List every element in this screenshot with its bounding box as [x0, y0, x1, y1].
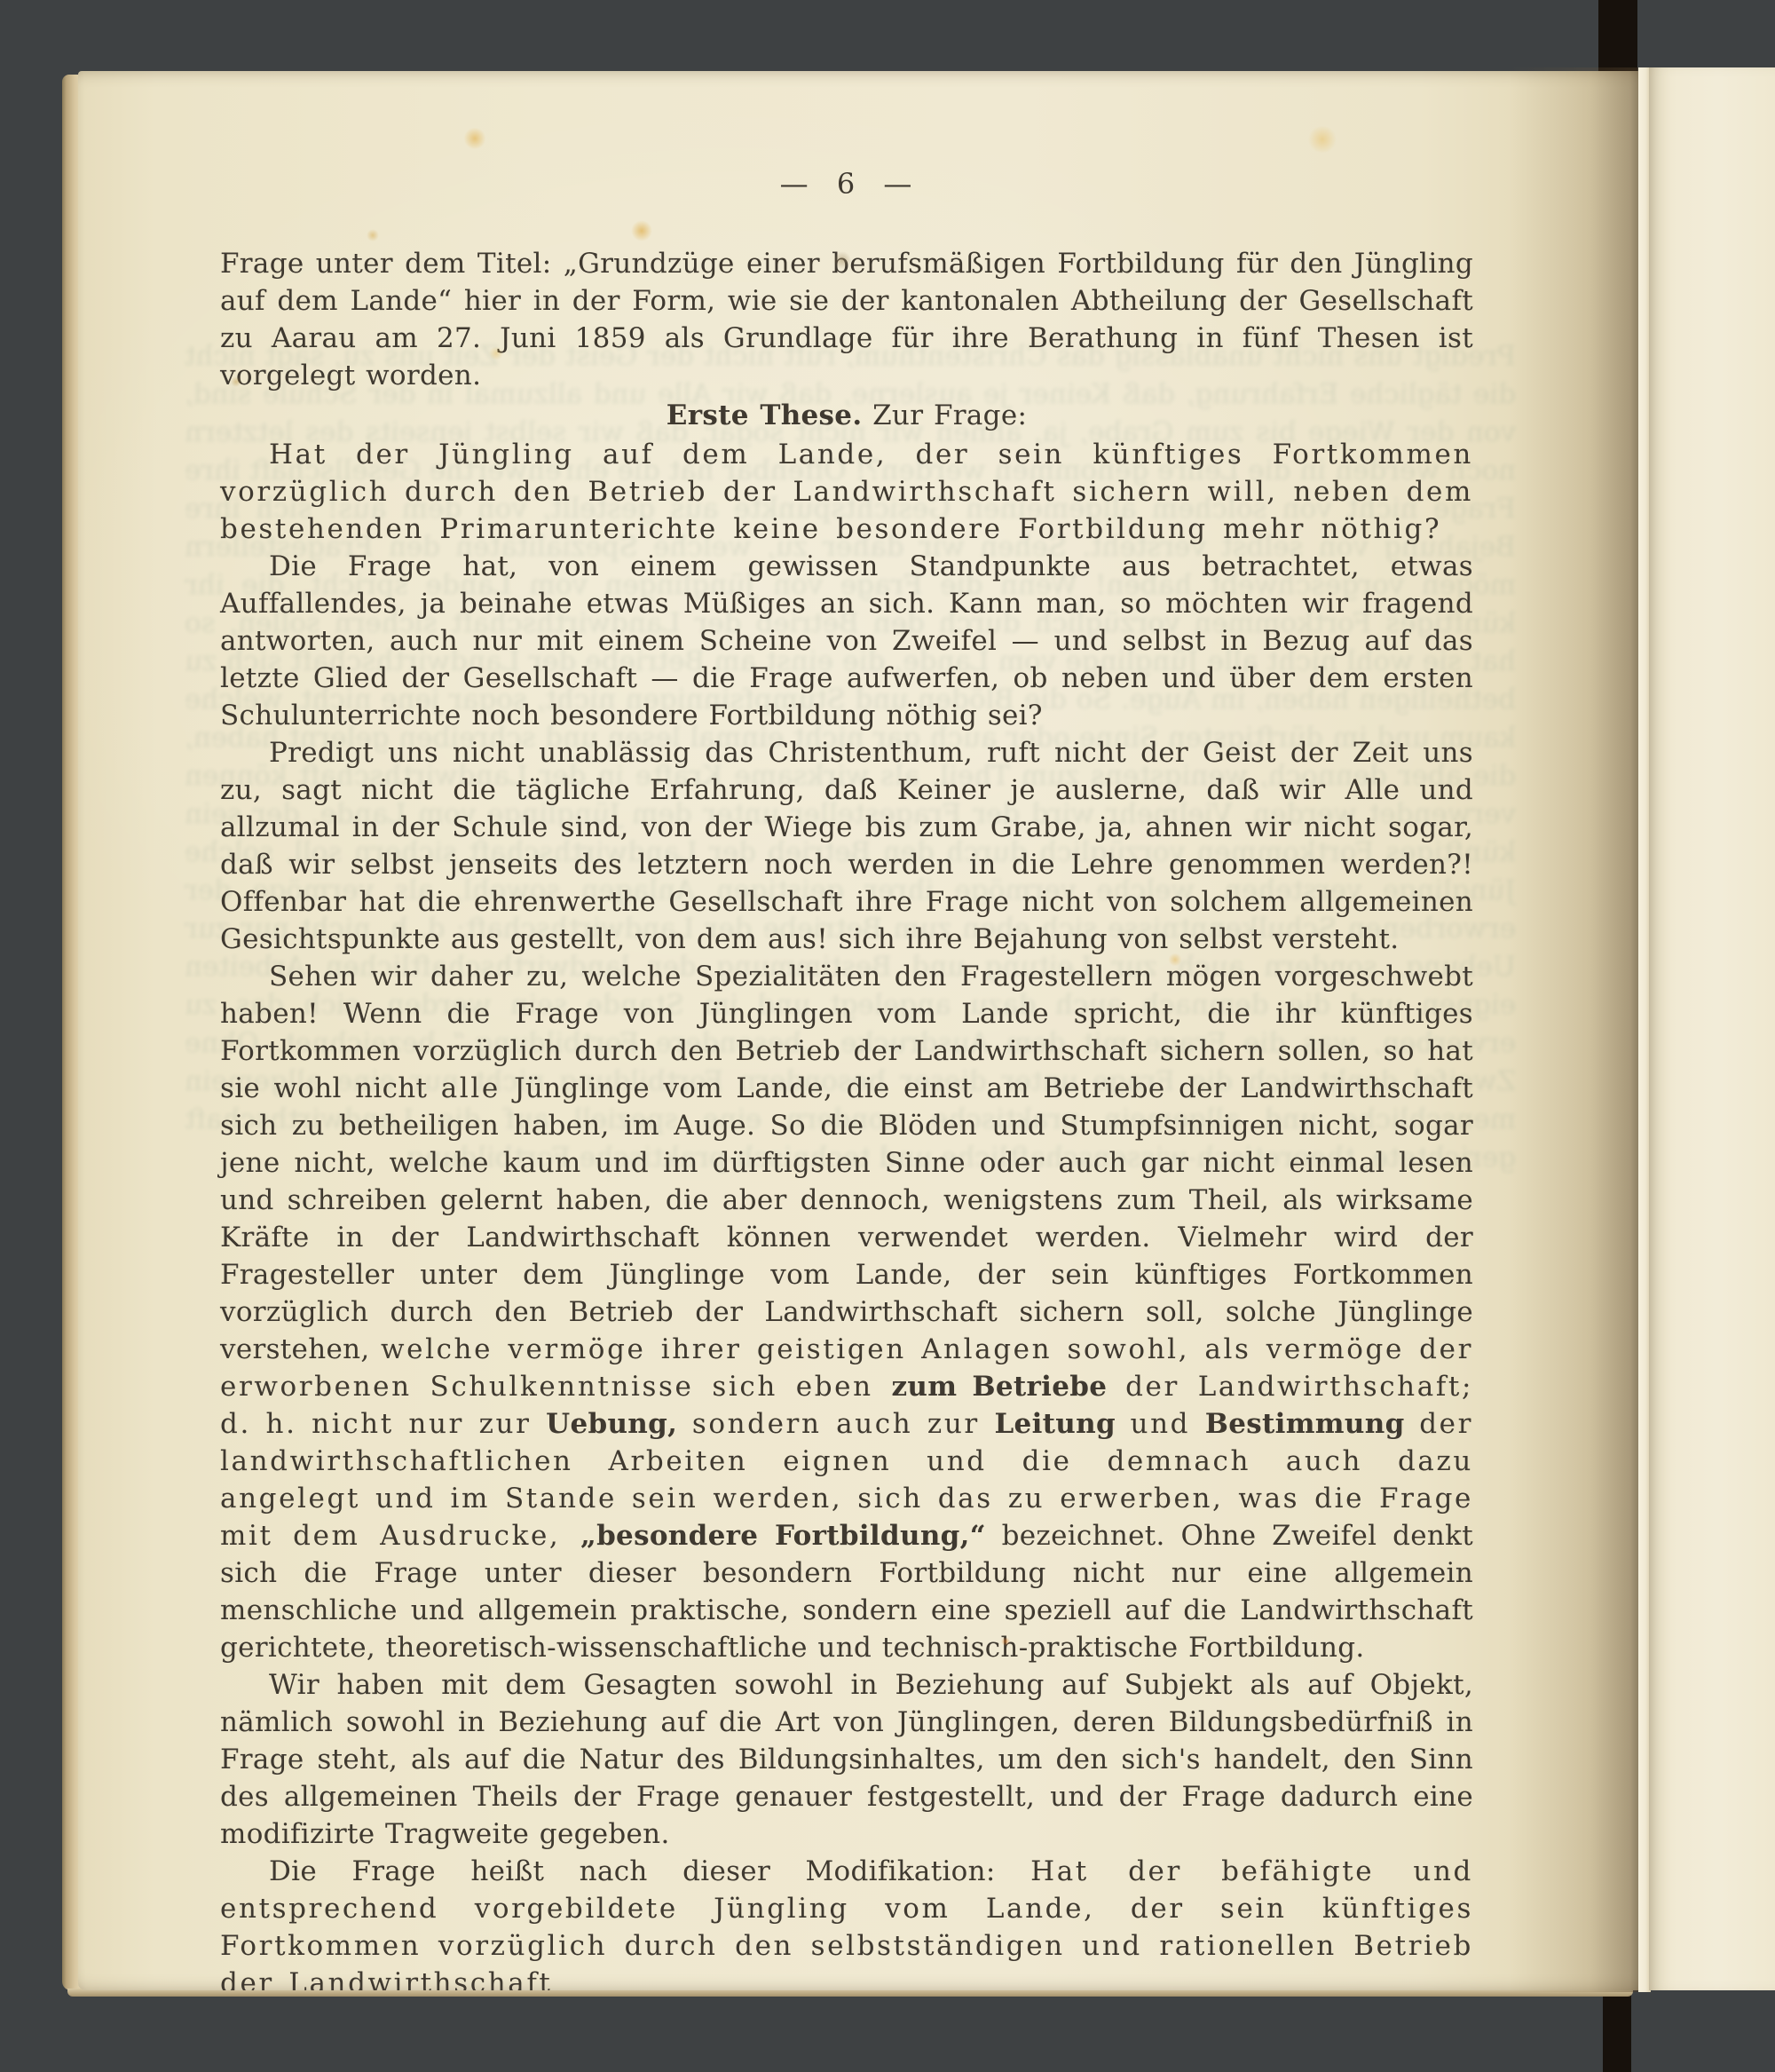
paragraph: Hat der Jüngling auf dem Lande, der sein…	[220, 436, 1473, 548]
paragraph: Predigt uns nicht unablässig das Christe…	[220, 734, 1473, 958]
foxing-spot	[367, 229, 379, 241]
text-segment: Zur Frage:	[862, 399, 1027, 431]
text-segment: Leitung	[994, 1408, 1115, 1440]
text-segment: „besondere Fortbildung,“	[580, 1520, 986, 1552]
text-segment: Jünglinge vom Lande, die einst am Betrie…	[220, 1072, 1473, 1365]
text-segment: Uebung,	[546, 1408, 677, 1440]
text-segment: sondern auch zur	[677, 1408, 994, 1440]
paragraph: Die Frage hat, von einem gewissen Standp…	[220, 548, 1473, 734]
paragraph: Wir haben mit dem Gesagten sowohl in Bez…	[220, 1666, 1473, 1853]
section-heading: Erste These. Zur Frage:	[220, 397, 1473, 434]
text-segment: alle	[441, 1072, 501, 1104]
foxing-spot	[631, 220, 652, 241]
text-segment: Bestimmung	[1205, 1408, 1405, 1440]
text-segment: Die Frage hat, von einem gewissen Standp…	[220, 550, 1473, 732]
next-page-edge	[1649, 67, 1775, 1990]
book-scan: Predigt uns nicht unablässig das Christe…	[0, 0, 1775, 2072]
foxing-spot	[1307, 126, 1337, 153]
book-page: Predigt uns nicht unablässig das Christe…	[78, 71, 1638, 1990]
foxing-spot	[463, 128, 486, 149]
text-segment: Hat der Jüngling auf dem Lande, der sein…	[220, 439, 1473, 545]
text-segment: Wir haben mit dem Gesagten sowohl in Bez…	[220, 1669, 1473, 1850]
text-segment: Erste These.	[667, 399, 863, 431]
text-segment: und	[1116, 1408, 1205, 1440]
paragraph: Frage unter dem Titel: „Grundzüge einer …	[220, 245, 1473, 394]
text-segment: Predigt uns nicht unablässig das Christe…	[220, 737, 1473, 955]
text-segment: Frage unter dem Titel: „Grundzüge einer …	[220, 248, 1473, 391]
text-segment: Die Frage heißt nach dieser Modifikation…	[269, 1855, 1030, 1887]
page-number: — 6 —	[220, 167, 1473, 201]
bookmark-ribbon-top	[1598, 0, 1637, 73]
paragraph: Die Frage heißt nach dieser Modifikation…	[220, 1853, 1473, 1990]
paragraph: Sehen wir daher zu, welche Spezialitäten…	[220, 958, 1473, 1666]
bookmark-ribbon-bottom	[1603, 1985, 1631, 2072]
text-segment: zum Betriebe	[892, 1371, 1108, 1403]
page-text: Frage unter dem Titel: „Grundzüge einer …	[220, 245, 1473, 1990]
